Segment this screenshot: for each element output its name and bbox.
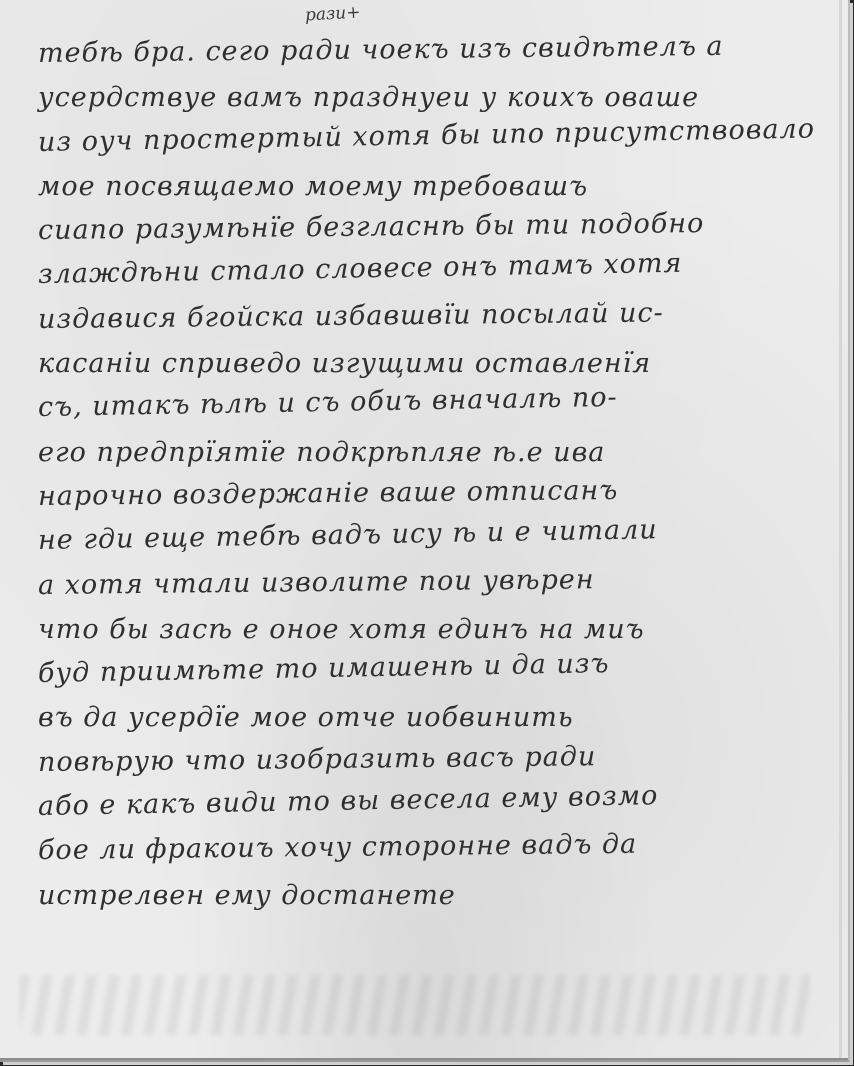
text-line: издавися бгойска избавшвїи посылай ис- <box>38 290 828 343</box>
text-line: истрелвен ему достанете <box>38 874 828 918</box>
page-edge <box>839 0 842 1060</box>
manuscript-page: разu+ тебѣ бра. сего ради чоекъ изъ свид… <box>0 0 850 1062</box>
ink-bleed-through <box>20 975 810 1035</box>
text-line: тебѣ бра. сего ради чоекъ изъ свидѣтелъ … <box>38 24 828 77</box>
text-line: а хотя чтали изволите пои увѣрен <box>38 555 828 608</box>
text-line: бое ли фракоиъ хочу сторонне вадъ да <box>38 821 828 874</box>
handwritten-text-block: тебѣ бра. сего ради чоекъ изъ свидѣтелъ … <box>38 32 828 918</box>
margin-note: разu+ <box>305 3 361 26</box>
page-bottom-edge <box>0 1058 848 1060</box>
